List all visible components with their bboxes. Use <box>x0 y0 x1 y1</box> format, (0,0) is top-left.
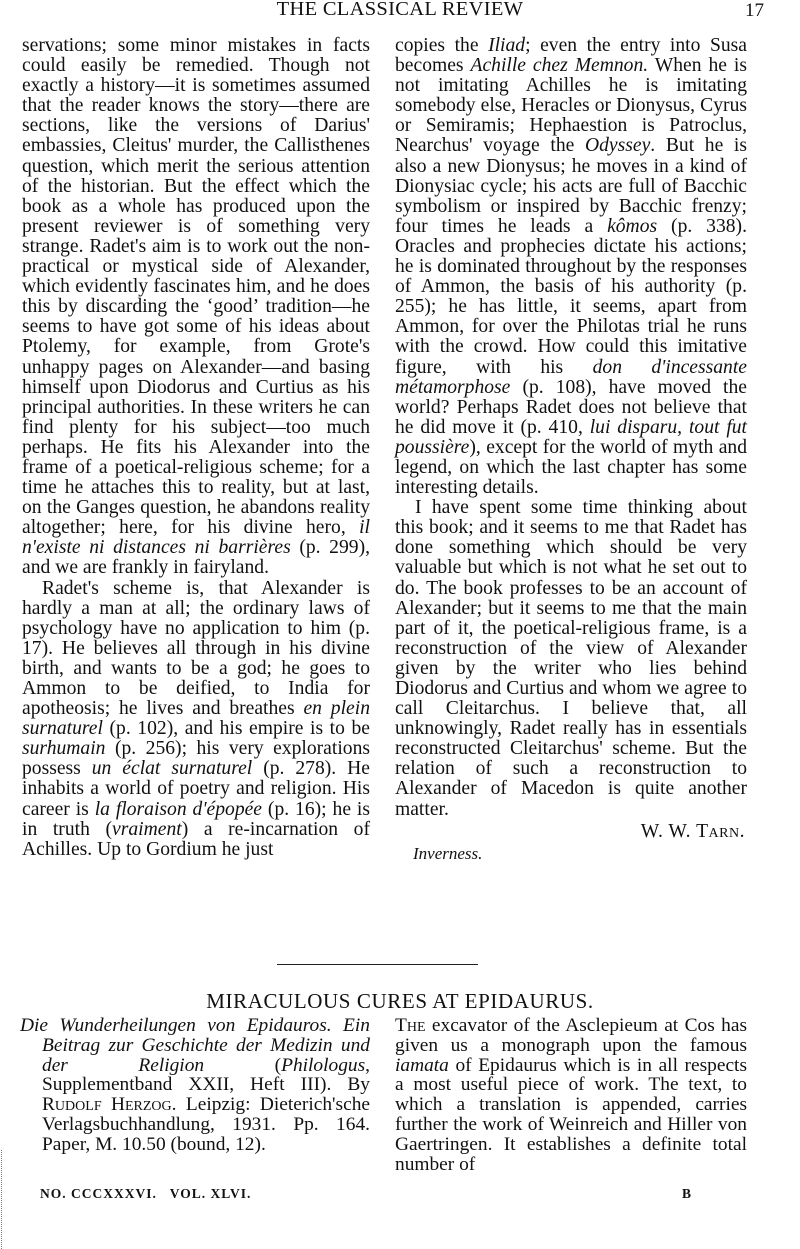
italic-phrase: un éclat surnaturel <box>92 758 253 779</box>
paragraph: The excavator of the Asclepieum at Cos h… <box>395 1016 747 1174</box>
bibliographic-entry: Die Wunderheilungen von Epidauros. Ein B… <box>20 1016 370 1155</box>
text-run: servations; some minor mistakes in facts… <box>22 35 370 538</box>
paragraph: I have spent some time thinking about th… <box>395 498 747 820</box>
text-run: copies the <box>395 35 488 56</box>
paragraph: Radet's scheme is, that Alexander is har… <box>22 579 370 860</box>
italic-phrase: vraiment <box>112 819 182 840</box>
text-run: I have spent some time thinking about th… <box>395 497 747 819</box>
reviewer-location: Inverness. <box>413 844 747 864</box>
review-left-column: servations; some minor mistakes in facts… <box>22 36 370 860</box>
text-run: ( <box>204 1055 281 1076</box>
italic-phrase: Iliad <box>488 35 525 56</box>
italic-phrase: Philologus <box>281 1055 365 1076</box>
review-right-column: copies the Iliad; even the entry into Su… <box>395 36 747 864</box>
small-caps-text: The <box>395 1015 426 1036</box>
running-head: THE CLASSICAL REVIEW 17 <box>0 0 800 26</box>
text-run: (p. 102), and his empire is to be <box>103 718 370 739</box>
italic-phrase: Odyssey <box>585 135 650 156</box>
reviewer-signature: W. W. Tarn. <box>395 822 745 842</box>
italic-phrase: surhumain <box>22 738 105 759</box>
review-body-start: The excavator of the Asclepieum at Cos h… <box>395 1016 747 1174</box>
italic-phrase: kômos <box>607 216 657 237</box>
text-run: excavator of the Asclepieum at Cos has g… <box>395 1015 747 1056</box>
italic-phrase: Achille chez Memnon. <box>471 55 649 76</box>
italic-phrase: la floraison d'épopée <box>95 799 262 820</box>
section-heading: MIRACULOUS CURES AT EPIDAURUS. <box>0 988 800 1014</box>
text-run: (p. 338). Oracles and prophecies dictate… <box>395 216 747 378</box>
journal-title: THE CLASSICAL REVIEW <box>0 0 800 22</box>
paragraph: servations; some minor mistakes in facts… <box>22 36 370 579</box>
small-caps-text: Rudolf Herzog <box>42 1094 172 1115</box>
signature-mark: B <box>682 1186 691 1202</box>
issue-volume-line: NO. CCCXXXVI. VOL. XLVI. <box>40 1186 251 1202</box>
paragraph: copies the Iliad; even the entry into Su… <box>395 36 747 498</box>
page-number: 17 <box>745 0 764 24</box>
scan-margin-mark <box>1 1150 3 1249</box>
italic-phrase: iamata <box>395 1055 449 1076</box>
section-divider <box>277 964 478 965</box>
